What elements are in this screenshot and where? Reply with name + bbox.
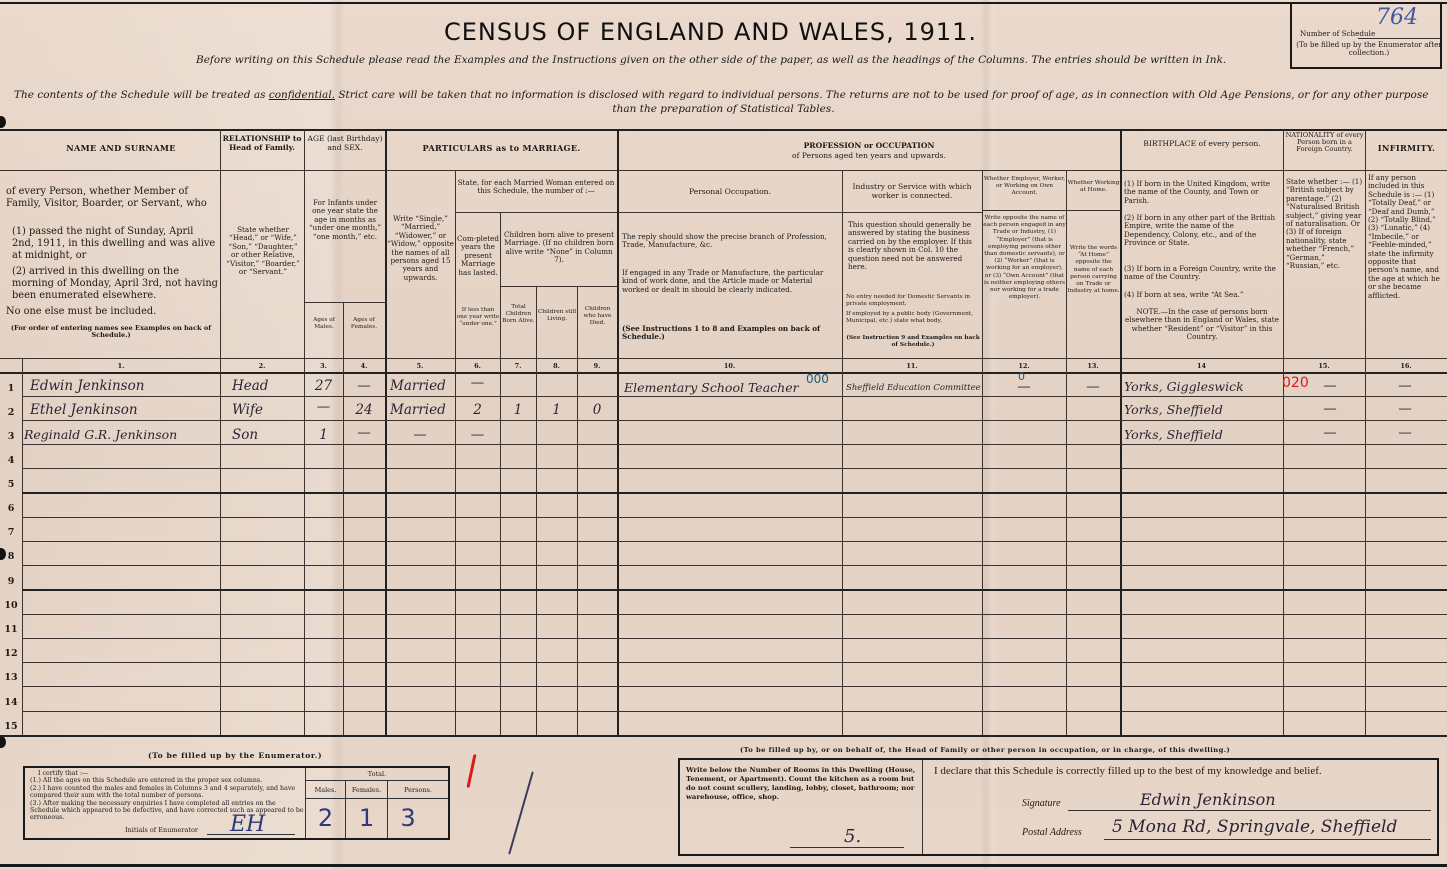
header-married-woman: State, for each Married Woman entered on… xyxy=(457,179,615,196)
row-3-birthplace[interactable]: Yorks, Sheffield xyxy=(1124,427,1223,442)
header-employer-body: Write opposite the name of each person e… xyxy=(983,215,1066,301)
row-number: 14 xyxy=(4,697,18,708)
header-age: AGE (last Birthday) and SEX. xyxy=(306,134,384,153)
row-number: 5 xyxy=(4,479,18,490)
row-1-age-female[interactable]: — xyxy=(343,378,385,394)
rooms-value[interactable]: 5. xyxy=(844,826,861,847)
schedule-number-note: (To be filled up by the Enumerator after… xyxy=(1296,41,1442,57)
row-number: 9 xyxy=(4,576,18,587)
row-1-nationality[interactable]: — xyxy=(1310,378,1350,394)
header-relationship: RELATIONSHIP to Head of Family. xyxy=(222,134,302,153)
column-number: 16. xyxy=(1365,362,1447,370)
header-industry-body-4: (See Instruction 9 and Examples on back … xyxy=(846,335,980,349)
row-3-infirmity[interactable]: — xyxy=(1375,425,1435,441)
row-rule xyxy=(22,468,1447,469)
punch-hole xyxy=(0,736,6,748)
signature-line xyxy=(1068,810,1431,811)
row-rule xyxy=(22,686,1447,687)
postal-address-label: Postal Address xyxy=(1022,827,1082,838)
punch-hole xyxy=(0,116,6,128)
signature-label: Signature xyxy=(1022,798,1061,809)
header-birthplace-body-4: (4) If born at sea, write “At Sea.” xyxy=(1124,291,1280,299)
postal-address-value[interactable]: 5 Mona Rd, Springvale, Sheffield xyxy=(1112,817,1397,837)
enumerator-certification-box: I certify that :— (1.) All the ages on t… xyxy=(23,766,450,840)
row-rule xyxy=(22,614,1447,615)
rooms-line xyxy=(790,847,904,848)
row-number: 10 xyxy=(4,600,18,611)
header-birthplace-note: NOTE.—In the case of persons born elsewh… xyxy=(1124,308,1280,342)
col-divider xyxy=(577,286,578,736)
header-nationality: NATIONALITY of every Person born in a Fo… xyxy=(1284,132,1365,154)
row-rule xyxy=(22,662,1447,663)
row-number: 3 xyxy=(4,431,18,442)
row-number: 4 xyxy=(4,455,18,466)
header-name-body-3: (2) arrived in this dwelling on the morn… xyxy=(12,266,218,303)
column-number: 15. xyxy=(1283,362,1365,370)
header-children: Children born alive to present Marriage.… xyxy=(502,231,616,265)
row-rule xyxy=(22,444,1447,445)
column-number: 4. xyxy=(343,362,385,370)
table-top-rule xyxy=(0,129,1447,131)
row-number: 12 xyxy=(4,648,18,659)
row-3-relationship[interactable]: Son xyxy=(232,427,258,443)
header-industry-body-1: This question should generally be answer… xyxy=(848,221,978,271)
table-bottom-rule xyxy=(0,735,1447,737)
header-industry: Industry or Service with which worker is… xyxy=(846,182,978,201)
col-divider xyxy=(1283,129,1284,736)
col-divider xyxy=(842,170,843,736)
top-rule xyxy=(0,2,1447,4)
header-birthplace-body-1: (1) If born in the United Kingdom, write… xyxy=(1124,180,1280,205)
header-employer: Whether Employer, Worker, or Working on … xyxy=(983,176,1066,198)
row-2-infirmity[interactable]: — xyxy=(1375,401,1435,417)
row-1-employer-code: 0 xyxy=(1018,370,1025,383)
col-divider xyxy=(220,129,221,736)
totals-rule xyxy=(306,798,448,799)
column-number: 5. xyxy=(385,362,455,370)
header-infirmity-body: If any person included in this Schedule … xyxy=(1368,174,1446,300)
header-marriage: PARTICULARS as to MARRIAGE. xyxy=(386,144,617,153)
header-at-home: Whether Working at Home. xyxy=(1067,180,1120,194)
row-2-age-male[interactable]: — xyxy=(304,399,343,415)
check-mark xyxy=(508,771,534,854)
persons-total[interactable]: 3 xyxy=(388,804,428,832)
row-number: 15 xyxy=(4,721,18,732)
row-number: 1 xyxy=(4,383,18,394)
row-number: 6 xyxy=(4,503,18,514)
row-number: 8 xyxy=(4,551,18,562)
marriage-sub-divider xyxy=(455,212,617,213)
colnum-top-rule xyxy=(0,358,1447,359)
row-1-relationship[interactable]: Head xyxy=(232,378,268,394)
row-1-birthplace-code: 020 xyxy=(1282,375,1309,391)
header-name-body-1: of every Person, whether Member of Famil… xyxy=(6,186,218,210)
column-number: 3. xyxy=(304,362,343,370)
enumerator-section-title: (To be filled up by the Enumerator.) xyxy=(148,751,322,760)
column-number: 13. xyxy=(1066,362,1120,370)
red-check-mark xyxy=(466,754,476,788)
employer-sub-divider xyxy=(982,210,1120,211)
header-nationality-body: State whether :— (1) “British subject by… xyxy=(1286,178,1364,270)
row-3-name[interactable]: Reginald G.R. Jenkinson xyxy=(24,427,177,442)
row-2-children-living[interactable]: 1 xyxy=(536,402,577,418)
row-number: 11 xyxy=(4,624,18,635)
col-divider xyxy=(22,358,23,736)
age-sub-divider xyxy=(304,302,385,303)
row-rule xyxy=(22,541,1447,542)
col-divider xyxy=(1365,129,1366,736)
row-2-name[interactable]: Ethel Jenkinson xyxy=(30,402,138,418)
header-personal-body-1: The reply should show the precise branch… xyxy=(622,233,838,250)
head-of-family-section-title: (To be filled up by, or on behalf of, th… xyxy=(740,746,1230,754)
header-birthplace: BIRTHPLACE of every person. xyxy=(1121,139,1283,148)
row-number: 13 xyxy=(4,672,18,683)
row-2-nationality[interactable]: — xyxy=(1310,401,1350,417)
row-number: 2 xyxy=(4,407,18,418)
col-divider xyxy=(536,286,537,736)
row-rule xyxy=(22,565,1447,566)
column-number: 2. xyxy=(220,362,304,370)
row-2-birthplace[interactable]: Yorks, Sheffield xyxy=(1124,402,1223,417)
colnum-bottom-rule xyxy=(0,372,1447,374)
initials-label: Initials of Enumerator xyxy=(125,826,198,834)
row-rule xyxy=(22,420,1447,421)
row-1-marital[interactable]: Married xyxy=(390,378,446,394)
confidentiality-notice: The contents of the Schedule will be tre… xyxy=(14,87,1439,104)
row-1-years-married[interactable]: — xyxy=(455,375,500,391)
header-age-body: For Infants under one year state the age… xyxy=(306,199,384,241)
row-3-age-female[interactable]: — xyxy=(343,425,385,441)
confidential-word: confidential. xyxy=(269,89,335,101)
header-children-died: Children who have Died. xyxy=(578,306,617,328)
children-sub-divider xyxy=(500,286,617,287)
header-profession-sub: of Persons aged ten years and upwards. xyxy=(618,151,1120,160)
header-children-total: Total Children Born Alive. xyxy=(501,304,536,326)
header-age-males: Ages of Males. xyxy=(305,317,343,331)
header-infirmity: INFIRMITY. xyxy=(1366,144,1447,153)
row-2-relationship[interactable]: Wife xyxy=(232,402,263,418)
header-divider xyxy=(0,170,1447,171)
confidentiality-notice-line-2: than the preparation of Statistical Tabl… xyxy=(0,103,1447,115)
header-personal-body-2: If engaged in any Trade or Manufacture, … xyxy=(622,269,838,294)
declaration-text: I declare that this Schedule is correctl… xyxy=(934,765,1322,777)
row-1-occupation[interactable]: Elementary School Teacher xyxy=(624,380,799,395)
document-title: CENSUS OF ENGLAND AND WALES, 1911. xyxy=(444,18,977,46)
females-total[interactable]: 1 xyxy=(346,804,387,832)
row-2-years-married[interactable]: 2 xyxy=(455,402,500,418)
row-2-children-died[interactable]: 0 xyxy=(577,402,617,418)
row-1-industry[interactable]: Sheffield Education Committee xyxy=(846,383,981,393)
header-name: NAME AND SURNAME xyxy=(22,144,220,153)
col-divider xyxy=(1120,129,1122,736)
column-number: 7. xyxy=(500,362,536,370)
row-3-marital[interactable]: — xyxy=(385,427,455,443)
row-3-years-married[interactable]: — xyxy=(455,427,500,443)
header-name-body-5: (For order of entering names see Example… xyxy=(2,325,220,339)
col-divider xyxy=(617,129,619,736)
header-years-married-note: If less than one year write “under one.” xyxy=(456,307,500,329)
totals-rule xyxy=(306,780,448,781)
row-1-occupation-code: 000 xyxy=(806,372,829,386)
females-label: Females. xyxy=(346,786,387,794)
row-1-birthplace[interactable]: Yorks, Giggleswick xyxy=(1124,379,1244,394)
row-3-age-male[interactable]: 1 xyxy=(304,427,343,443)
declaration-divider xyxy=(922,760,923,854)
header-birthplace-body-2: (2) If born in any other part of the Bri… xyxy=(1124,214,1280,248)
industry-sub-divider xyxy=(842,212,982,213)
bottom-rule xyxy=(0,864,1447,867)
instructions-line: Before writing on this Schedule please r… xyxy=(196,54,1226,66)
occupation-sub-divider xyxy=(617,212,842,213)
row-2-age-female[interactable]: 24 xyxy=(343,402,385,418)
column-number: 12. xyxy=(982,362,1066,370)
header-children-living: Children still Living. xyxy=(537,309,577,323)
census-table: NAME AND SURNAME of every Person, whethe… xyxy=(0,129,1447,737)
column-number: 8. xyxy=(536,362,577,370)
row-rule xyxy=(22,396,1447,397)
header-years-married: Com-pleted years the present Marriage ha… xyxy=(456,235,500,277)
header-industry-body-3: If employed by a public body (Government… xyxy=(846,311,980,325)
total-label: Total. xyxy=(306,770,448,778)
row-rule xyxy=(22,638,1447,639)
row-1-infirmity[interactable]: — xyxy=(1375,378,1435,394)
initials-value[interactable]: EH xyxy=(230,812,265,837)
column-number: 9. xyxy=(577,362,617,370)
column-number: 14 xyxy=(1120,362,1283,370)
row-rule xyxy=(22,589,1447,591)
schedule-number-line xyxy=(1358,38,1440,39)
header-profession: PROFESSION or OCCUPATION xyxy=(618,141,1120,150)
column-number: 10. xyxy=(617,362,842,370)
row-2-marital[interactable]: Married xyxy=(390,402,446,418)
row-number: 7 xyxy=(4,527,18,538)
column-number: 1. xyxy=(22,362,220,370)
header-birthplace-body-3: (3) If born in a Foreign Country, write … xyxy=(1124,265,1280,282)
header-relationship-body: State whether “Head,” or “Wife,” “Son,” … xyxy=(226,226,300,276)
signature-value[interactable]: Edwin Jenkinson xyxy=(1140,790,1276,809)
col-divider xyxy=(500,212,501,736)
header-industry-body-2: No entry needed for Domestic Servants in… xyxy=(846,294,980,308)
column-number: 11. xyxy=(842,362,982,370)
header-name-body-4: No one else must be included. xyxy=(6,306,218,318)
header-marital-status: Write “Single,” “Married,” “Widower,” or… xyxy=(387,215,454,282)
rooms-instruction: Write below the Number of Rooms in this … xyxy=(686,766,916,802)
declaration-box: Write below the Number of Rooms in this … xyxy=(678,758,1439,856)
males-total[interactable]: 2 xyxy=(306,804,345,832)
row-1-name[interactable]: Edwin Jenkinson xyxy=(30,378,144,394)
row-rule xyxy=(22,492,1447,494)
header-age-females: Ages of Females. xyxy=(344,317,384,331)
schedule-number-label: Number of Schedule xyxy=(1300,29,1375,38)
header-personal-body-3: (See Instructions 1 to 8 and Examples on… xyxy=(622,325,838,342)
row-rule xyxy=(22,711,1447,712)
persons-label: Persons. xyxy=(388,786,448,794)
schedule-number-value[interactable]: 764 xyxy=(1376,5,1418,30)
males-label: Males. xyxy=(306,786,345,794)
header-at-home-body: Write the words “At Home” opposite the n… xyxy=(1067,245,1120,295)
row-2-children-total[interactable]: 1 xyxy=(500,402,536,418)
header-name-body-2: (1) passed the night of Sunday, April 2n… xyxy=(12,226,218,263)
schedule-number-box: Number of Schedule 764 (To be filled up … xyxy=(1290,3,1442,69)
column-number: 6. xyxy=(455,362,500,370)
row-rule xyxy=(22,517,1447,518)
header-personal-occupation: Personal Occupation. xyxy=(618,187,842,196)
row-3-nationality[interactable]: — xyxy=(1310,425,1350,441)
row-1-at-home[interactable]: — xyxy=(1066,379,1120,395)
row-1-age-male[interactable]: 27 xyxy=(304,378,343,394)
postal-address-line xyxy=(1104,839,1431,840)
